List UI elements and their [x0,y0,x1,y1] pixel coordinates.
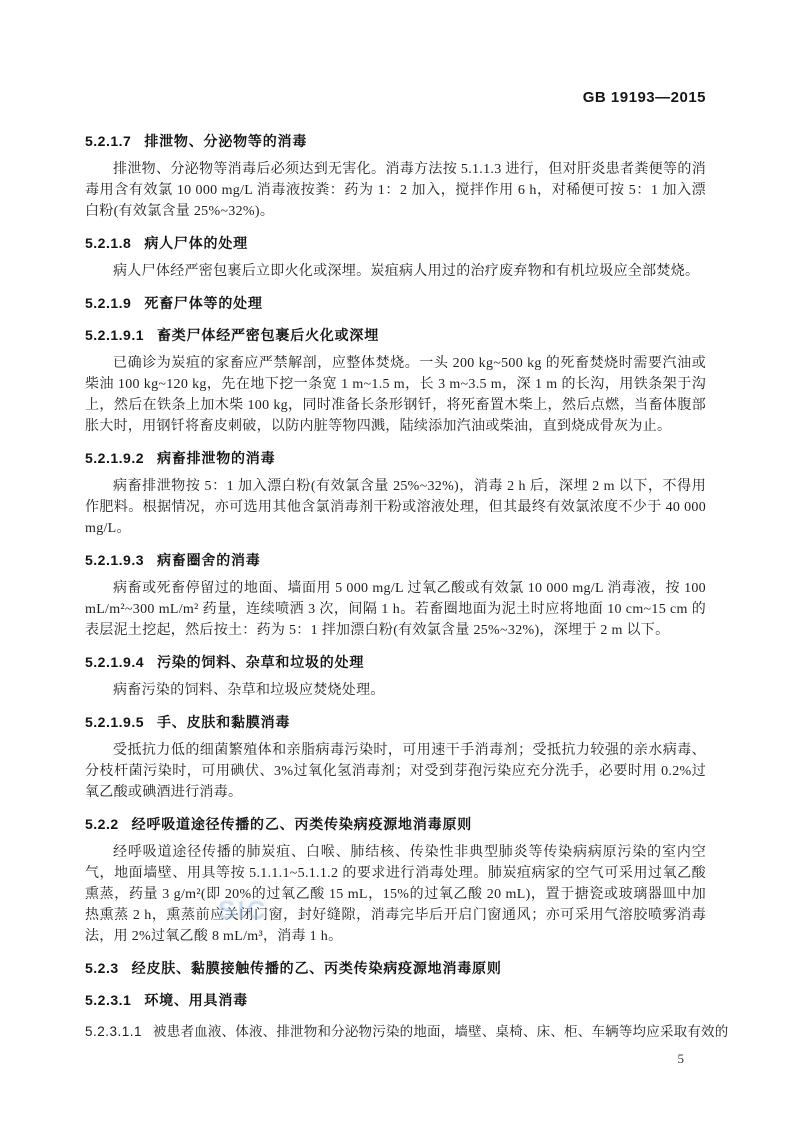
section-heading-52192: 5.2.1.9.2病畜排泄物的消毒 [85,447,706,469]
section-heading-52195: 5.2.1.9.5手、皮肤和黏膜消毒 [85,711,706,733]
paragraph: 病人尸体经严密包裹后立即火化或深埋。炭疽病人用过的治疗废弃物和有机垃圾应全部焚烧… [85,261,706,282]
paragraph: 病畜污染的饲料、杂草和垃圾应焚烧处理。 [85,680,706,701]
section-number: 5.2.3 [85,960,119,976]
section-heading-52194: 5.2.1.9.4污染的饲料、杂草和垃圾的处理 [85,651,706,673]
doc-number-header: GB 19193—2015 [85,88,706,108]
section-number: 5.2.1.9.4 [85,654,144,670]
section-heading-522: 5.2.2经呼吸道途径传播的乙、丙类传染病疫源地消毒原则 [85,813,706,835]
section-number: 5.2.1.9.2 [85,450,144,466]
clause-number: 5.2.3.1.1 [85,1024,142,1039]
section-number: 5.2.1.9 [85,295,131,311]
paragraph: 经呼吸道途径传播的肺炭疽、白喉、肺结核、传染性非典型肺炎等传染病病原污染的室内空… [85,842,706,947]
section-title: 环境、用具消毒 [144,992,248,1008]
section-number: 5.2.1.9.1 [85,327,144,343]
section-title: 畜类尸体经严密包裹后火化或深埋 [157,327,379,343]
section-title: 死畜尸体等的处理 [144,295,262,311]
section-number: 5.2.1.7 [85,133,131,149]
section-number: 5.2.1.8 [85,235,131,251]
section-title: 经皮肤、黏膜接触传播的乙、丙类传染病疫源地消毒原则 [132,960,502,976]
document-body: 5.2.1.7排泄物、分泌物等的消毒 排泄物、分泌物等消毒后必须达到无害化。消毒… [85,130,706,1042]
paragraph: 病畜排泄物按 5：1 加入漂白粉(有效氯含量 25%~32%)，消毒 2 h 后… [85,476,706,539]
page-number: 5 [85,1051,706,1067]
document-page: GB 19193—2015 5.2.1.7排泄物、分泌物等的消毒 排泄物、分泌物… [0,0,794,1123]
section-number: 5.2.1.9.3 [85,552,144,568]
paragraph: 受抵抗力低的细菌繁殖体和亲脂病毒污染时，可用速干手消毒剂；受抵抗力较强的亲水病毒… [85,740,706,803]
section-title: 排泄物、分泌物等的消毒 [144,133,307,149]
section-heading-5219: 5.2.1.9死畜尸体等的处理 [85,292,706,314]
section-title: 病畜圈舍的消毒 [157,552,261,568]
section-number: 5.2.1.9.5 [85,714,144,730]
section-heading-52191: 5.2.1.9.1畜类尸体经严密包裹后火化或深埋 [85,324,706,346]
paragraph: 病畜或死畜停留过的地面、墙面用 5 000 mg/L 过氧乙酸或有效氯 10 0… [85,578,706,641]
page-content: GB 19193—2015 5.2.1.7排泄物、分泌物等的消毒 排泄物、分泌物… [85,0,706,1067]
section-number: 5.2.3.1 [85,992,131,1008]
section-number: 5.2.2 [85,816,119,832]
section-heading-5231: 5.2.3.1环境、用具消毒 [85,989,706,1011]
section-heading-52193: 5.2.1.9.3病畜圈舍的消毒 [85,549,706,571]
paragraph: 排泄物、分泌物等消毒后必须达到无害化。消毒方法按 5.1.1.3 进行，但对肝炎… [85,159,706,222]
section-title: 病畜排泄物的消毒 [157,450,275,466]
section-title: 污染的饲料、杂草和垃圾的处理 [157,654,364,670]
paragraph: 已确诊为炭疽的家畜应严禁解剖，应整体焚烧。一头 200 kg~500 kg 的死… [85,353,706,437]
section-heading-5217: 5.2.1.7排泄物、分泌物等的消毒 [85,130,706,152]
clause-text: 被患者血液、体液、排泄物和分泌物污染的地面，墙壁、桌椅、床、柜、车辆等均应采取有… [153,1024,728,1039]
section-title: 病人尸体的处理 [144,235,248,251]
section-heading-523: 5.2.3经皮肤、黏膜接触传播的乙、丙类传染病疫源地消毒原则 [85,957,706,979]
section-heading-5218: 5.2.1.8病人尸体的处理 [85,232,706,254]
clause-paragraph-52311: 5.2.3.1.1被患者血液、体液、排泄物和分泌物污染的地面，墙壁、桌椅、床、柜… [85,1021,706,1042]
section-title: 经呼吸道途径传播的乙、丙类传染病疫源地消毒原则 [132,816,472,832]
section-title: 手、皮肤和黏膜消毒 [157,714,290,730]
